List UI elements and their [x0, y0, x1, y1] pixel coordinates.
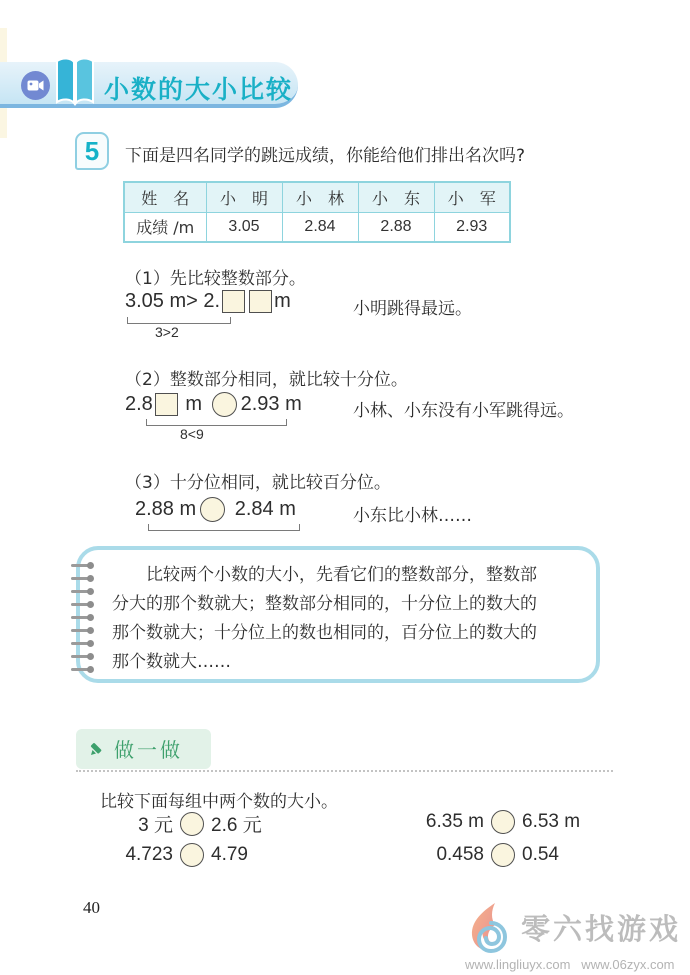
- textbook-page: 小数的大小比较 5 下面是四名同学的跳远成绩，你能给他们排出名次吗? 姓 名 小…: [0, 0, 690, 975]
- compare-left: 6.35 m: [412, 811, 484, 833]
- section-divider: [76, 770, 613, 772]
- step3-eq-text: 2.88 m: [135, 498, 196, 521]
- table-header-cell: 小 林: [282, 182, 358, 212]
- step3-comment: 小东比小林……: [353, 501, 472, 526]
- note-line: 比较两个小数的大小，先看它们的整数部分，整数部: [112, 561, 578, 590]
- table-header-cell: 姓 名: [124, 182, 206, 212]
- score-table: 姓 名 小 明 小 林 小 东 小 军 成绩 /m 3.05 2.84 2.88…: [123, 181, 511, 243]
- page-number: 40: [83, 898, 100, 918]
- spiral-ring-icon: [71, 629, 90, 632]
- spiral-ring-icon: [71, 668, 90, 671]
- practice-problem: 0.458 0.54: [412, 843, 559, 867]
- practice-problem: 6.35 m 6.53 m: [412, 810, 580, 834]
- underbrace: [146, 419, 287, 426]
- practice-instruction: 比较下面每组中两个数的大小。: [100, 787, 338, 812]
- underbrace-label: 8<9: [180, 426, 204, 442]
- compare-right: 2.6 元: [211, 810, 262, 837]
- step2-eq-text: 2.8: [125, 393, 153, 416]
- spiral-ring-icon: [71, 603, 90, 606]
- compare-left: 3 元: [95, 810, 173, 837]
- step2-eq-text2: 2.93 m: [241, 393, 302, 416]
- step1-eq-unit: m: [274, 290, 291, 313]
- step1-label: （1）先比较整数部分。: [125, 264, 306, 289]
- step3-eq-text2: 2.84 m: [229, 498, 296, 521]
- step1-equation: 3.05 m> 2. m 3>2: [125, 290, 291, 313]
- answer-circle[interactable]: [180, 843, 204, 867]
- underbrace-label: 3>2: [155, 324, 179, 340]
- underbrace: [148, 524, 300, 531]
- practice-section-header: 做一做: [76, 729, 211, 769]
- spiral-ring-icon: [71, 577, 90, 580]
- lesson-header-banner: 小数的大小比较: [0, 62, 298, 108]
- table-cell: 2.84: [282, 212, 358, 242]
- problem-number: 5: [85, 136, 99, 167]
- step1-comment: 小明跳得最远。: [353, 294, 472, 319]
- spiral-ring-icon: [71, 590, 90, 593]
- table-header-row: 姓 名 小 明 小 林 小 东 小 军: [124, 182, 510, 212]
- step1-eq-text: 3.05 m> 2.: [125, 290, 220, 313]
- answer-circle[interactable]: [180, 812, 204, 836]
- note-line: 分大的那个数就大；整数部分相同的，十分位上的数大的: [112, 590, 578, 619]
- watermark-brand: 零六找游戏: [521, 907, 681, 948]
- table-cell: 2.88: [358, 212, 434, 242]
- problem-question: 下面是四名同学的跳远成绩，你能给他们排出名次吗?: [125, 141, 525, 166]
- spiral-ring-icon: [71, 655, 90, 658]
- compare-right: 0.54: [522, 844, 559, 866]
- summary-note-text: 比较两个小数的大小，先看它们的整数部分，整数部 分大的那个数就大；整数部分相同的…: [80, 550, 596, 677]
- video-camera-icon: [21, 71, 50, 100]
- compare-left: 0.458: [412, 844, 484, 866]
- answer-circle[interactable]: [491, 810, 515, 834]
- step2-comment: 小林、小东没有小军跳得远。: [353, 396, 574, 421]
- open-book-icon: [55, 53, 95, 113]
- spiral-ring-icon: [71, 616, 90, 619]
- table-cell: 2.93: [434, 212, 510, 242]
- flame-logo-icon: [465, 901, 513, 953]
- step3-equation: 2.88 m 2.84 m: [135, 497, 296, 522]
- compare-right: 4.79: [211, 844, 248, 866]
- table-header-cell: 小 明: [206, 182, 282, 212]
- answer-box[interactable]: [155, 393, 178, 416]
- table-cell: 3.05: [206, 212, 282, 242]
- lesson-title: 小数的大小比较: [104, 70, 293, 106]
- compare-right: 6.53 m: [522, 811, 580, 833]
- practice-section-title: 做一做: [114, 734, 183, 763]
- compare-left: 4.723: [95, 844, 173, 866]
- problem-number-badge: 5: [75, 132, 109, 170]
- practice-problem: 3 元 2.6 元: [95, 810, 262, 837]
- answer-box[interactable]: [249, 290, 272, 313]
- answer-circle[interactable]: [491, 843, 515, 867]
- spiral-ring-icon: [71, 642, 90, 645]
- pencil-icon: [88, 739, 107, 758]
- note-line: 那个数就大；十分位上的数也相同的，百分位上的数大的: [112, 619, 578, 648]
- table-header-cell: 小 东: [358, 182, 434, 212]
- table-data-row: 成绩 /m 3.05 2.84 2.88 2.93: [124, 212, 510, 242]
- step2-equation: 2.8 m 2.93 m 8<9: [125, 392, 302, 417]
- step2-label: （2）整数部分相同，就比较十分位。: [125, 365, 408, 390]
- table-header-cell: 小 军: [434, 182, 510, 212]
- spiral-ring-icon: [71, 564, 90, 567]
- step2-eq-unit: m: [180, 393, 208, 416]
- practice-problem: 4.723 4.79: [95, 843, 248, 867]
- watermark-urls: www.lingliuyx.com www.06zyx.com: [465, 957, 685, 972]
- underbrace: [127, 317, 231, 324]
- step3-label: （3）十分位相同，就比较百分位。: [125, 468, 391, 493]
- watermark: 零六找游戏 www.lingliuyx.com www.06zyx.com: [465, 901, 685, 972]
- table-row-label: 成绩 /m: [124, 212, 206, 242]
- summary-note-box: 比较两个小数的大小，先看它们的整数部分，整数部 分大的那个数就大；整数部分相同的…: [76, 546, 600, 683]
- answer-circle[interactable]: [212, 392, 237, 417]
- answer-circle[interactable]: [200, 497, 225, 522]
- answer-box[interactable]: [222, 290, 245, 313]
- note-line: 那个数就大……: [112, 648, 578, 677]
